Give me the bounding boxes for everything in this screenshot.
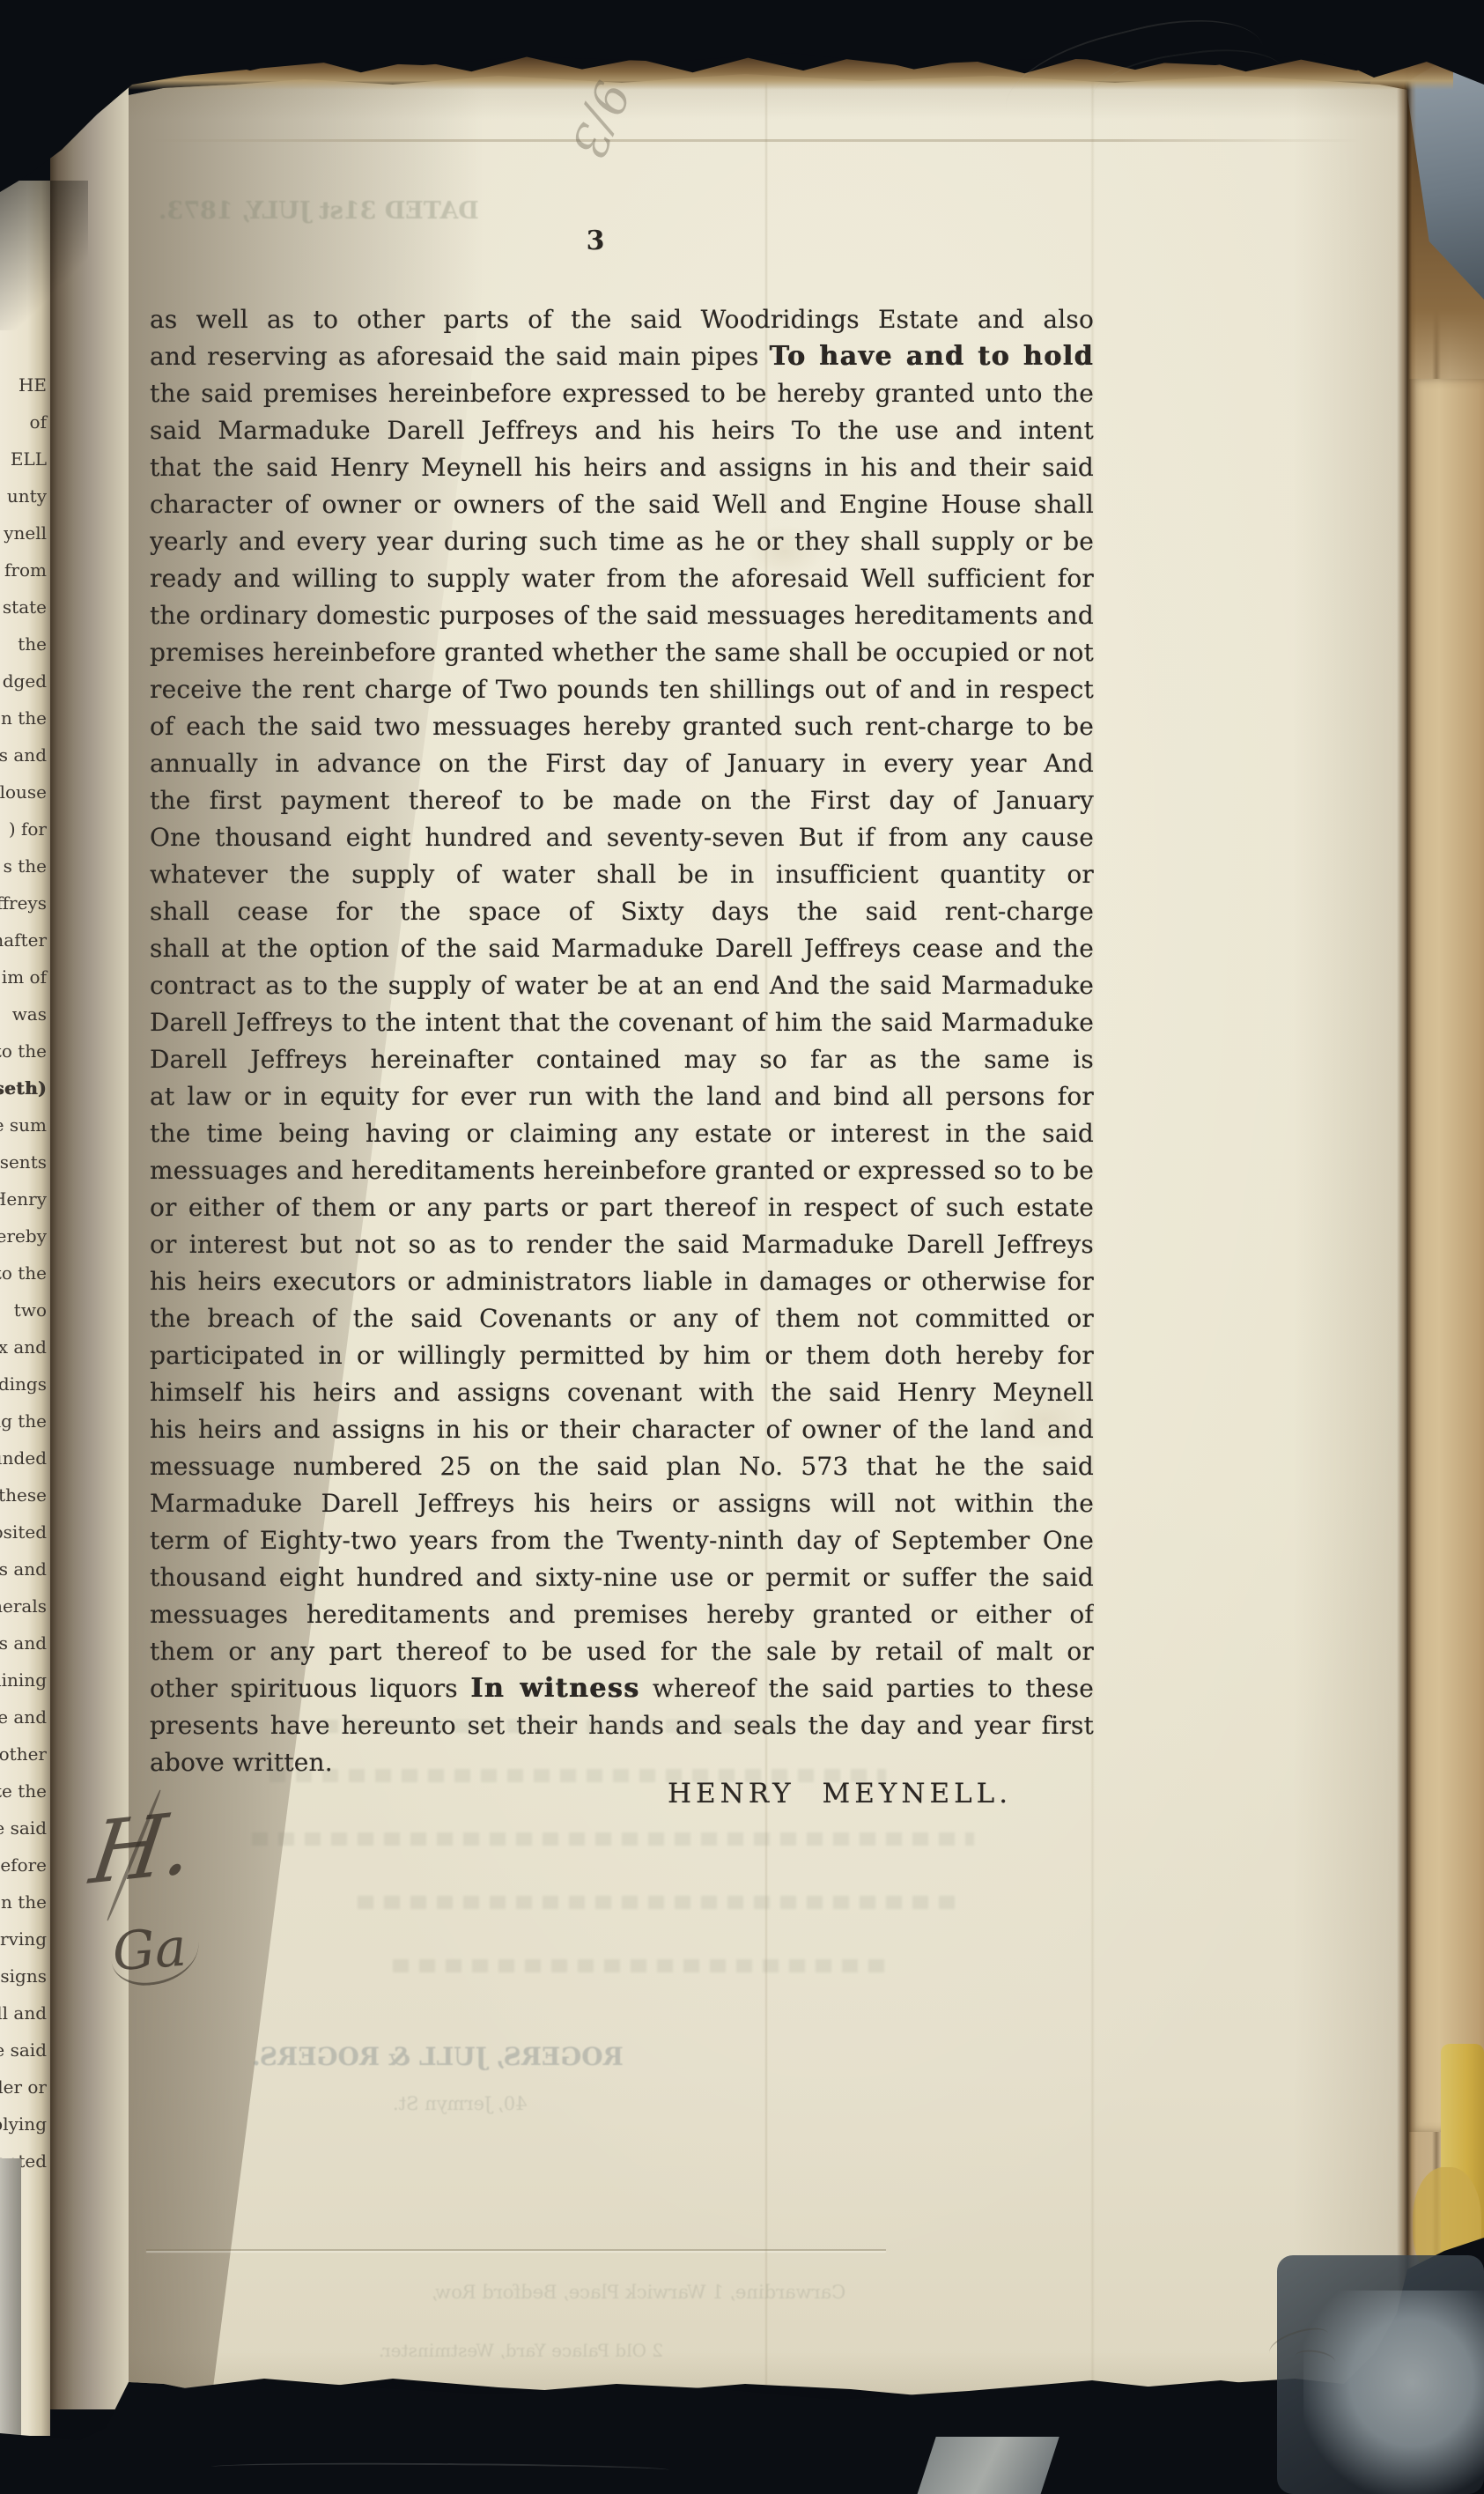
text-line: messuages and hereditaments hereinbefore… xyxy=(150,1152,1094,1189)
text-line: the time being having or claiming any es… xyxy=(150,1115,1094,1152)
facing-page-line-fragment: ell and xyxy=(0,2003,47,2023)
metal-clip xyxy=(917,2437,1059,2494)
text-segment: shall cease for the space of Sixty days … xyxy=(150,897,1094,926)
page-right-shadow xyxy=(1293,49,1407,2431)
facing-page-line-fragment: ng the xyxy=(0,1411,47,1431)
text-line: Darell Jeffreys to the intent that the c… xyxy=(150,1004,1094,1041)
facing-page-line-fragment: nbefore xyxy=(0,1855,47,1875)
facing-page-line-fragment: the xyxy=(18,634,47,654)
facing-page-line-fragment: ts and xyxy=(0,1633,47,1653)
text-segment: messuages and hereditaments hereinbefore… xyxy=(150,1156,1094,1185)
facing-page-line-fragment: nder or xyxy=(0,2077,47,2097)
facing-page-line-fragment: ynell xyxy=(4,523,47,543)
text-segment: premises hereinbefore granted whether th… xyxy=(150,638,1094,667)
text-segment: ready and willing to supply water from t… xyxy=(150,564,1094,593)
facing-page-line-fragment: r other xyxy=(0,1744,47,1764)
text-segment: himself his heirs and assigns covenant w… xyxy=(150,1378,1094,1407)
text-line: at law or in equity for ever run with th… xyxy=(150,1078,1094,1115)
text-segment: or interest but not so as to render the … xyxy=(150,1230,1094,1259)
text-line: contract as to the supply of water be at… xyxy=(150,967,1094,1004)
text-line: the said premises hereinbefore expressed… xyxy=(150,375,1094,412)
text-line: shall cease for the space of Sixty days … xyxy=(150,893,1094,930)
text-segment: character of owner or owners of the said… xyxy=(150,490,1094,519)
pencil-initials-ga: Ga xyxy=(109,1916,202,1988)
text-line: receive the rent charge of Two pounds te… xyxy=(150,671,1094,708)
facing-page-line-fragment: unty xyxy=(7,486,47,506)
horizontal-crease xyxy=(146,139,1362,142)
text-line: ready and willing to supply water from t… xyxy=(150,560,1094,597)
text-line: himself his heirs and assigns covenant w… xyxy=(150,1374,1094,1411)
text-segment: yearly and every year during such time a… xyxy=(150,527,1094,556)
facing-page-line-fragment: he said xyxy=(0,1818,47,1838)
blackletter-phrase: To have and to hold xyxy=(769,341,1094,372)
text-line: messuage numbered 25 on the said plan No… xyxy=(150,1448,1094,1485)
deed-page: 3 as well as to other parts of the said … xyxy=(129,49,1407,2431)
text-line: character of owner or owners of the said… xyxy=(150,486,1094,523)
text-segment: the breach of the said Covenants or any … xyxy=(150,1304,1094,1333)
text-segment: the time being having or claiming any es… xyxy=(150,1119,1094,1148)
ghost-text-line: 40, Jermyn St. xyxy=(393,2093,527,2114)
text-segment: the ordinary domestic purposes of the sa… xyxy=(150,601,1094,630)
facing-page-line-fragment: HE xyxy=(18,375,47,395)
text-line: and reserving as aforesaid the said main… xyxy=(150,338,1094,375)
cover-highlight xyxy=(1303,2290,1484,2494)
facing-page-line-fragment: ffreys xyxy=(0,893,47,913)
text-segment: and reserving as aforesaid the said main… xyxy=(150,342,769,371)
facing-page-line-fragment: taining xyxy=(0,1670,47,1690)
text-segment: Marmaduke Darell Jeffreys his heirs or a… xyxy=(150,1489,1094,1518)
text-segment: other spirituous liquors xyxy=(150,1674,470,1703)
facing-page-line-fragment: idings xyxy=(0,1374,47,1394)
text-line: the ordinary domestic purposes of the sa… xyxy=(150,597,1094,634)
signature-line: HENRY MEYNELL. xyxy=(668,1778,1012,1809)
facing-page-line-fragment: s the xyxy=(4,856,47,876)
ghost-text-line: Carwardine, 1 Warwick Place, Bedford Row… xyxy=(432,2282,845,2303)
facing-page-line-fragment: to the xyxy=(0,1263,47,1283)
facing-page-line-fragment: of xyxy=(30,412,47,432)
facing-page-line-fragment: was xyxy=(12,1004,47,1024)
folded-page-edge xyxy=(1409,379,1484,2132)
facing-page-line-fragment: these xyxy=(0,1485,47,1505)
text-segment: as well as to other parts of the said Wo… xyxy=(150,305,1094,338)
facing-page-line-fragment: dged xyxy=(3,671,47,691)
text-segment: the said premises hereinbefore expressed… xyxy=(150,379,1094,408)
facing-page-line-fragment: posited xyxy=(0,1522,47,1542)
text-line: participated in or willingly permitted b… xyxy=(150,1337,1094,1374)
text-line: the breach of the said Covenants or any … xyxy=(150,1300,1094,1337)
text-segment: them or any part thereof to be used for … xyxy=(150,1637,1094,1666)
text-line: that the said Henry Meynell his heirs an… xyxy=(150,449,1094,486)
facing-page-bottom-sliver xyxy=(0,2158,21,2440)
text-line: premises hereinbefore granted whether th… xyxy=(150,634,1094,671)
text-segment: his heirs and assigns in his or their ch… xyxy=(150,1415,1094,1444)
text-segment: whereof the said parties to these xyxy=(640,1674,1094,1703)
facing-page-edge: HEofELLuntyynellfromstatethedgedn thes a… xyxy=(0,181,50,2436)
page-number: 3 xyxy=(569,226,622,256)
text-line: messuages hereditaments and premises her… xyxy=(150,1596,1094,1633)
ghost-smudge xyxy=(252,1832,974,1846)
facing-page-line-fragment: ) for xyxy=(9,819,47,839)
facing-page-line-fragment: to the xyxy=(0,1041,47,1061)
text-segment: his heirs executors or administrators li… xyxy=(150,1267,1094,1296)
text-line: term of Eighty-two years from the Twenty… xyxy=(150,1522,1094,1559)
ghost-text-line: ROGERS, JULL & ROGERS. xyxy=(252,2042,624,2071)
text-segment: annually in advance on the First day of … xyxy=(150,749,1094,778)
text-line: other spirituous liquors In witness wher… xyxy=(150,1670,1094,1707)
facing-page-line-fragment: serving xyxy=(0,1929,47,1949)
text-segment: receive the rent charge of Two pounds te… xyxy=(150,675,1094,704)
facing-page-line-fragment: state xyxy=(3,597,47,617)
text-line: said Marmaduke Darell Jeffreys and his h… xyxy=(150,412,1094,449)
text-segment: messuages hereditaments and premises her… xyxy=(150,1600,1094,1629)
facing-page-line-fragment: sseth) xyxy=(0,1078,47,1098)
ghost-text-line: 2 Old Palace Yard, Westminster. xyxy=(379,2340,663,2361)
text-segment: of each the said two messuages hereby gr… xyxy=(150,712,1094,745)
text-line: as well as to other parts of the said Wo… xyxy=(150,301,1094,338)
facing-page-line-fragment: he said xyxy=(0,2040,47,2060)
text-segment: One thousand eight hundred and seventy-s… xyxy=(150,823,1094,852)
ghost-smudge xyxy=(393,1959,886,1972)
text-line: whatever the supply of water shall be in… xyxy=(150,856,1094,893)
text-segment: said Marmaduke Darell Jeffreys and his h… xyxy=(150,416,1094,445)
facing-page-line-fragment: ate the xyxy=(0,1781,47,1801)
text-line: the first payment thereof to be made on … xyxy=(150,782,1094,819)
text-segment: Darell Jeffreys to the intent that the c… xyxy=(150,1008,1094,1037)
deed-text: as well as to other parts of the said Wo… xyxy=(150,301,1094,1781)
blackletter-phrase: In witness xyxy=(470,1673,639,1704)
facing-page-line-fragment: from xyxy=(4,560,47,580)
ghost-smudge xyxy=(358,1896,956,1909)
text-line: of each the said two messuages hereby gr… xyxy=(150,708,1094,745)
text-line: Darell Jeffreys hereinafter contained ma… xyxy=(150,1041,1094,1078)
facing-page-line-fragment: es and xyxy=(0,1559,47,1579)
pencil-monogram-h: H. xyxy=(85,1793,199,1904)
facing-page-line-fragment: ELL xyxy=(11,449,47,469)
text-segment: whatever the supply of water shall be in… xyxy=(150,860,1094,889)
text-line: shall at the option of the said Marmaduk… xyxy=(150,930,1094,967)
facing-page-line-fragment: pon the xyxy=(0,1892,47,1912)
facing-page-line-fragment: nafter xyxy=(0,930,47,950)
facing-page-line-fragment: s and xyxy=(0,745,47,765)
facing-page-line-fragment: pplying xyxy=(0,2114,47,2134)
text-segment: at law or in equity for ever run with th… xyxy=(150,1082,1094,1111)
horizontal-crease xyxy=(146,2249,886,2251)
book-gutter xyxy=(50,84,129,2409)
facing-page-line-fragment: inerals xyxy=(0,1596,47,1616)
facing-page-line-fragment: e sum xyxy=(0,1115,47,1135)
text-line: One thousand eight hundred and seventy-s… xyxy=(150,819,1094,856)
text-segment: shall at the option of the said Marmaduk… xyxy=(150,934,1094,963)
text-line: thousand eight hundred and sixty-nine us… xyxy=(150,1559,1094,1596)
text-line: his heirs and assigns in his or their ch… xyxy=(150,1411,1094,1448)
facing-page-line-fragment: esents xyxy=(0,1152,47,1172)
text-line: Marmaduke Darell Jeffreys his heirs or a… xyxy=(150,1485,1094,1522)
text-segment: the first payment thereof to be made on … xyxy=(150,786,1094,815)
facing-page-line-fragment: ex and xyxy=(0,1337,47,1357)
facing-page-line-fragment: im of xyxy=(2,967,47,987)
text-segment: thousand eight hundred and sixty-nine us… xyxy=(150,1563,1094,1592)
text-segment: that the said Henry Meynell his heirs an… xyxy=(150,453,1094,482)
facing-page-line-fragment: Henry xyxy=(0,1189,47,1209)
text-segment: Darell Jeffreys hereinafter contained ma… xyxy=(150,1045,1094,1078)
text-line: them or any part thereof to be used for … xyxy=(150,1633,1094,1670)
facing-page-line-fragment: ounded xyxy=(0,1448,47,1468)
ghost-smudge xyxy=(322,1720,780,1733)
text-line: or either of them or any parts or part t… xyxy=(150,1189,1094,1226)
text-segment: messuage numbered 25 on the said plan No… xyxy=(150,1452,1094,1481)
text-line: annually in advance on the First day of … xyxy=(150,745,1094,782)
text-segment: or either of them or any parts or part t… xyxy=(150,1193,1094,1222)
text-segment: participated in or willingly permitted b… xyxy=(150,1341,1094,1370)
facing-page-line-fragment: two xyxy=(14,1300,47,1320)
text-segment: term of Eighty-two years from the Twenty… xyxy=(150,1526,1094,1555)
text-line: yearly and every year during such time a… xyxy=(150,523,1094,560)
text-segment: contract as to the supply of water be at… xyxy=(150,971,1094,1000)
facing-page-line-fragment: assigns xyxy=(0,1966,47,1986)
text-line: or interest but not so as to render the … xyxy=(150,1226,1094,1263)
facing-page-line-fragment: hereby xyxy=(0,1226,47,1246)
facing-page-line-fragment: n the xyxy=(1,708,47,728)
text-line: his heirs executors or administrators li… xyxy=(150,1263,1094,1300)
facing-page-line-fragment: de and xyxy=(0,1707,47,1727)
ghost-smudge xyxy=(269,1769,886,1782)
torn-right-edge xyxy=(1397,53,1416,2361)
facing-page-line-fragment: louse xyxy=(0,782,47,802)
ghost-text-line: DATED 31st JULY, 1873. xyxy=(159,197,479,225)
gutter-top-shadow xyxy=(0,181,88,330)
